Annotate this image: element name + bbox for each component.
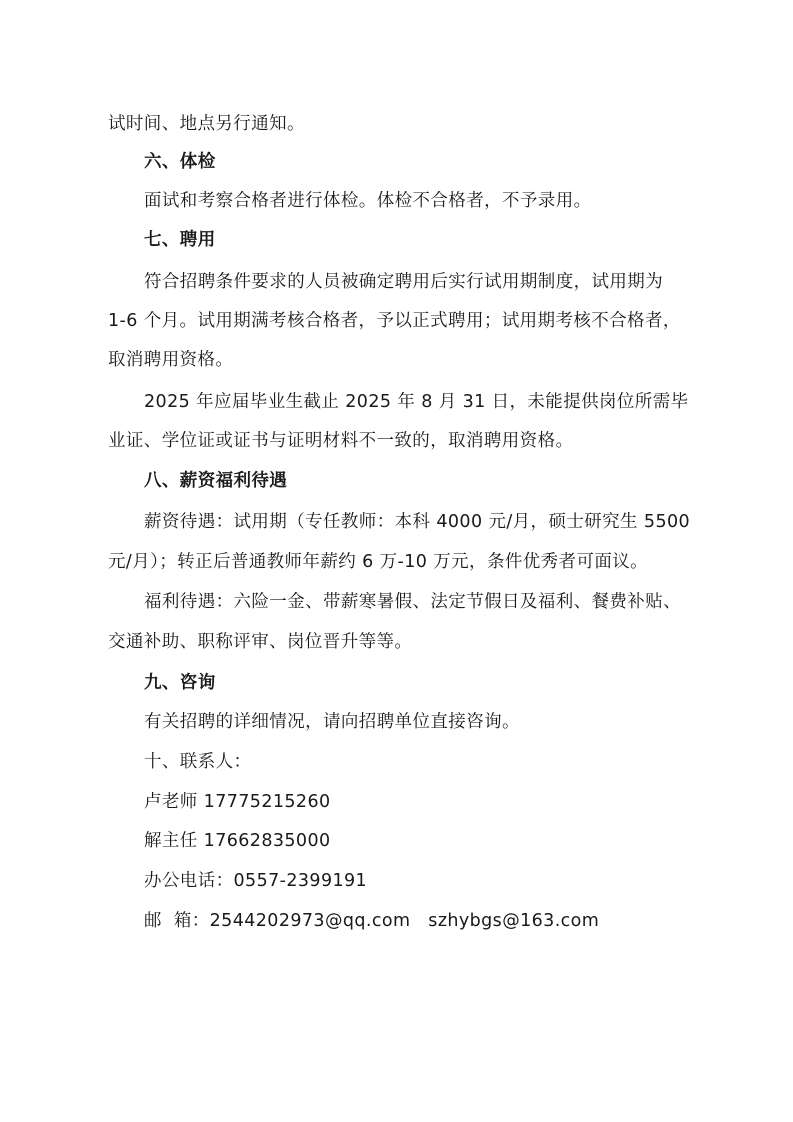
paragraph-salary-line-1: 薪资待遇：试用期（专任教师：本科 4000 元/月，硕士研究生 5500: [144, 510, 698, 534]
contact-email: 邮 箱：2544202973@qq.com szhybgs@163.com: [144, 909, 734, 933]
contact-office-phone: 办公电话：0557-2399191: [144, 869, 734, 893]
document-page: 试时间、地点另行通知。 六、体检 面试和考察合格者进行体检。体检不合格者，不予录…: [0, 0, 793, 1122]
paragraph-graduates-line-2: 业证、学位证或证书与证明材料不一致的，取消聘用资格。: [108, 429, 698, 453]
contact-director-xie: 解主任 17662835000: [144, 829, 734, 853]
paragraph-hiring-line-2: 1-6 个月。试用期满考核合格者，予以正式聘用；试用期考核不合格者，: [108, 309, 698, 333]
section-heading-salary-benefits: 八、薪资福利待遇: [144, 469, 734, 493]
paragraph-continuation: 试时间、地点另行通知。: [108, 112, 698, 136]
section-heading-physical-exam: 六、体检: [144, 150, 734, 174]
section-heading-inquiry: 九、咨询: [144, 671, 734, 695]
section-heading-contacts: 十、联系人：: [144, 750, 734, 774]
paragraph-graduates-line-1: 2025 年应届毕业生截止 2025 年 8 月 31 日，未能提供岗位所需毕: [144, 390, 698, 414]
paragraph-hiring-line-1: 符合招聘条件要求的人员被确定聘用后实行试用期制度，试用期为: [144, 270, 698, 294]
paragraph-benefits-line-2: 交通补助、职称评审、岗位晋升等等。: [108, 630, 698, 654]
paragraph-benefits-line-1: 福利待遇：六险一金、带薪寒暑假、法定节假日及福利、餐费补贴、: [144, 590, 698, 614]
paragraph-hiring-line-3: 取消聘用资格。: [108, 348, 698, 372]
paragraph-physical-exam: 面试和考察合格者进行体检。体检不合格者，不予录用。: [144, 189, 734, 213]
section-heading-hiring: 七、聘用: [144, 228, 734, 252]
contact-teacher-lu: 卢老师 17775215260: [144, 790, 734, 814]
paragraph-inquiry: 有关招聘的详细情况，请向招聘单位直接咨询。: [144, 710, 734, 734]
paragraph-salary-line-2: 元/月）；转正后普通教师年薪约 6 万-10 万元，条件优秀者可面议。: [108, 550, 698, 574]
